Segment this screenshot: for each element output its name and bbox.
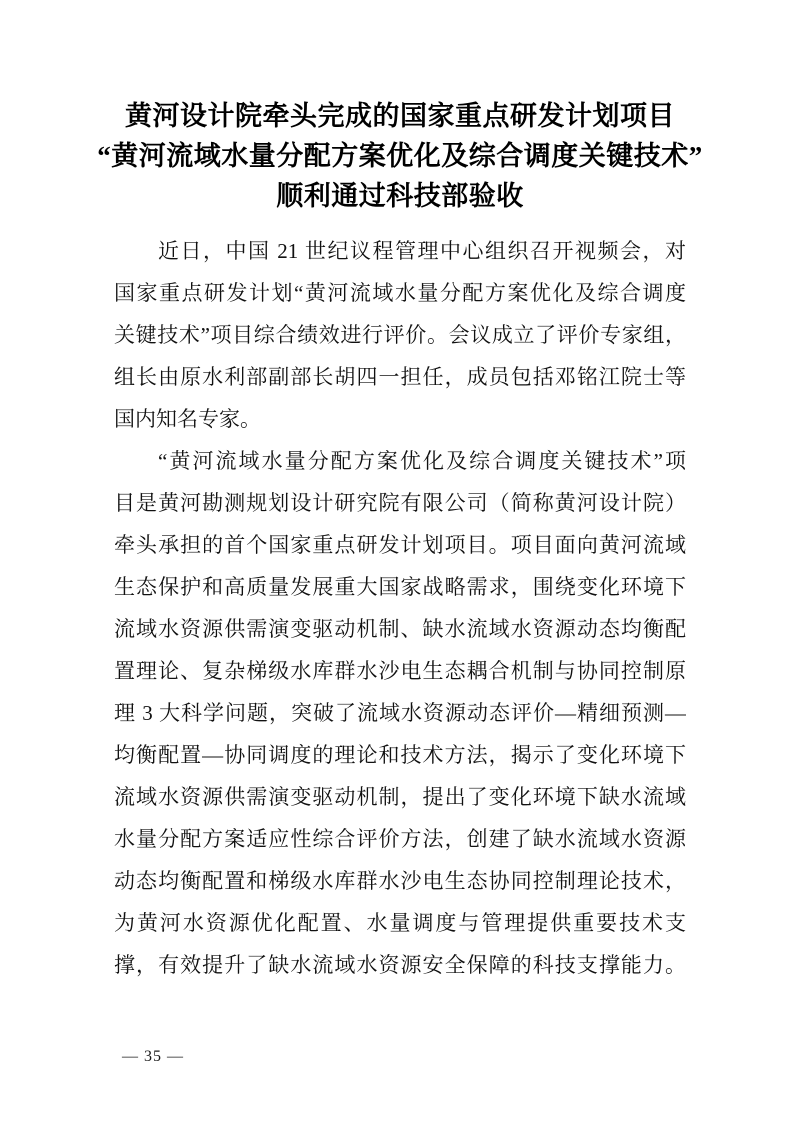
body-line: 国家重点研发计划“黄河流域水量分配方案优化及综合调度: [114, 272, 686, 314]
body-line: 国内知名专家。: [114, 398, 686, 440]
body-line: 近日，中国 21 世纪议程管理中心组织召开视频会，对: [114, 230, 686, 272]
body-line: 牵头承担的首个国家重点研发计划项目。项目面向黄河流域: [114, 524, 686, 566]
body-line: 目是黄河勘测规划设计研究院有限公司（简称黄河设计院）: [114, 482, 686, 524]
body-line: 流域水资源供需演变驱动机制、缺水流域水资源动态均衡配: [114, 608, 686, 650]
title-line-1: 黄河设计院牵头完成的国家重点研发计划项目: [0, 96, 800, 136]
body-line: 为黄河水资源优化配置、水量调度与管理提供重要技术支: [114, 902, 686, 944]
page-number: — 35 —: [122, 1048, 184, 1065]
body-line: 置理论、复杂梯级水库群水沙电生态耦合机制与协同控制原: [114, 650, 686, 692]
body-line: 关键技术”项目综合绩效进行评价。会议成立了评价专家组，: [114, 314, 686, 356]
document-body: 近日，中国 21 世纪议程管理中心组织召开视频会，对国家重点研发计划“黄河流域水…: [114, 230, 686, 986]
title-line-2: “黄河流域水量分配方案优化及综合调度关键技术”: [0, 136, 800, 176]
body-line: 理 3 大科学问题，突破了流域水资源动态评价—精细预测—: [114, 692, 686, 734]
title-line-3: 顺利通过科技部验收: [0, 176, 800, 216]
body-line: 组长由原水利部副部长胡四一担任，成员包括邓铭江院士等: [114, 356, 686, 398]
body-line: 水量分配方案适应性综合评价方法，创建了缺水流域水资源: [114, 818, 686, 860]
body-line: 流域水资源供需演变驱动机制，提出了变化环境下缺水流域: [114, 776, 686, 818]
body-line: 撑，有效提升了缺水流域水资源安全保障的科技支撑能力。: [114, 944, 686, 986]
document-title: 黄河设计院牵头完成的国家重点研发计划项目 “黄河流域水量分配方案优化及综合调度关…: [0, 96, 800, 216]
body-line: “黄河流域水量分配方案优化及综合调度关键技术”项: [114, 440, 686, 482]
body-line: 生态保护和高质量发展重大国家战略需求，围绕变化环境下: [114, 566, 686, 608]
document-page: 黄河设计院牵头完成的国家重点研发计划项目 “黄河流域水量分配方案优化及综合调度关…: [0, 0, 800, 1131]
body-line: 均衡配置—协同调度的理论和技术方法，揭示了变化环境下: [114, 734, 686, 776]
page-footer: — 35 —: [122, 1048, 184, 1066]
body-line: 动态均衡配置和梯级水库群水沙电生态协同控制理论技术，: [114, 860, 686, 902]
